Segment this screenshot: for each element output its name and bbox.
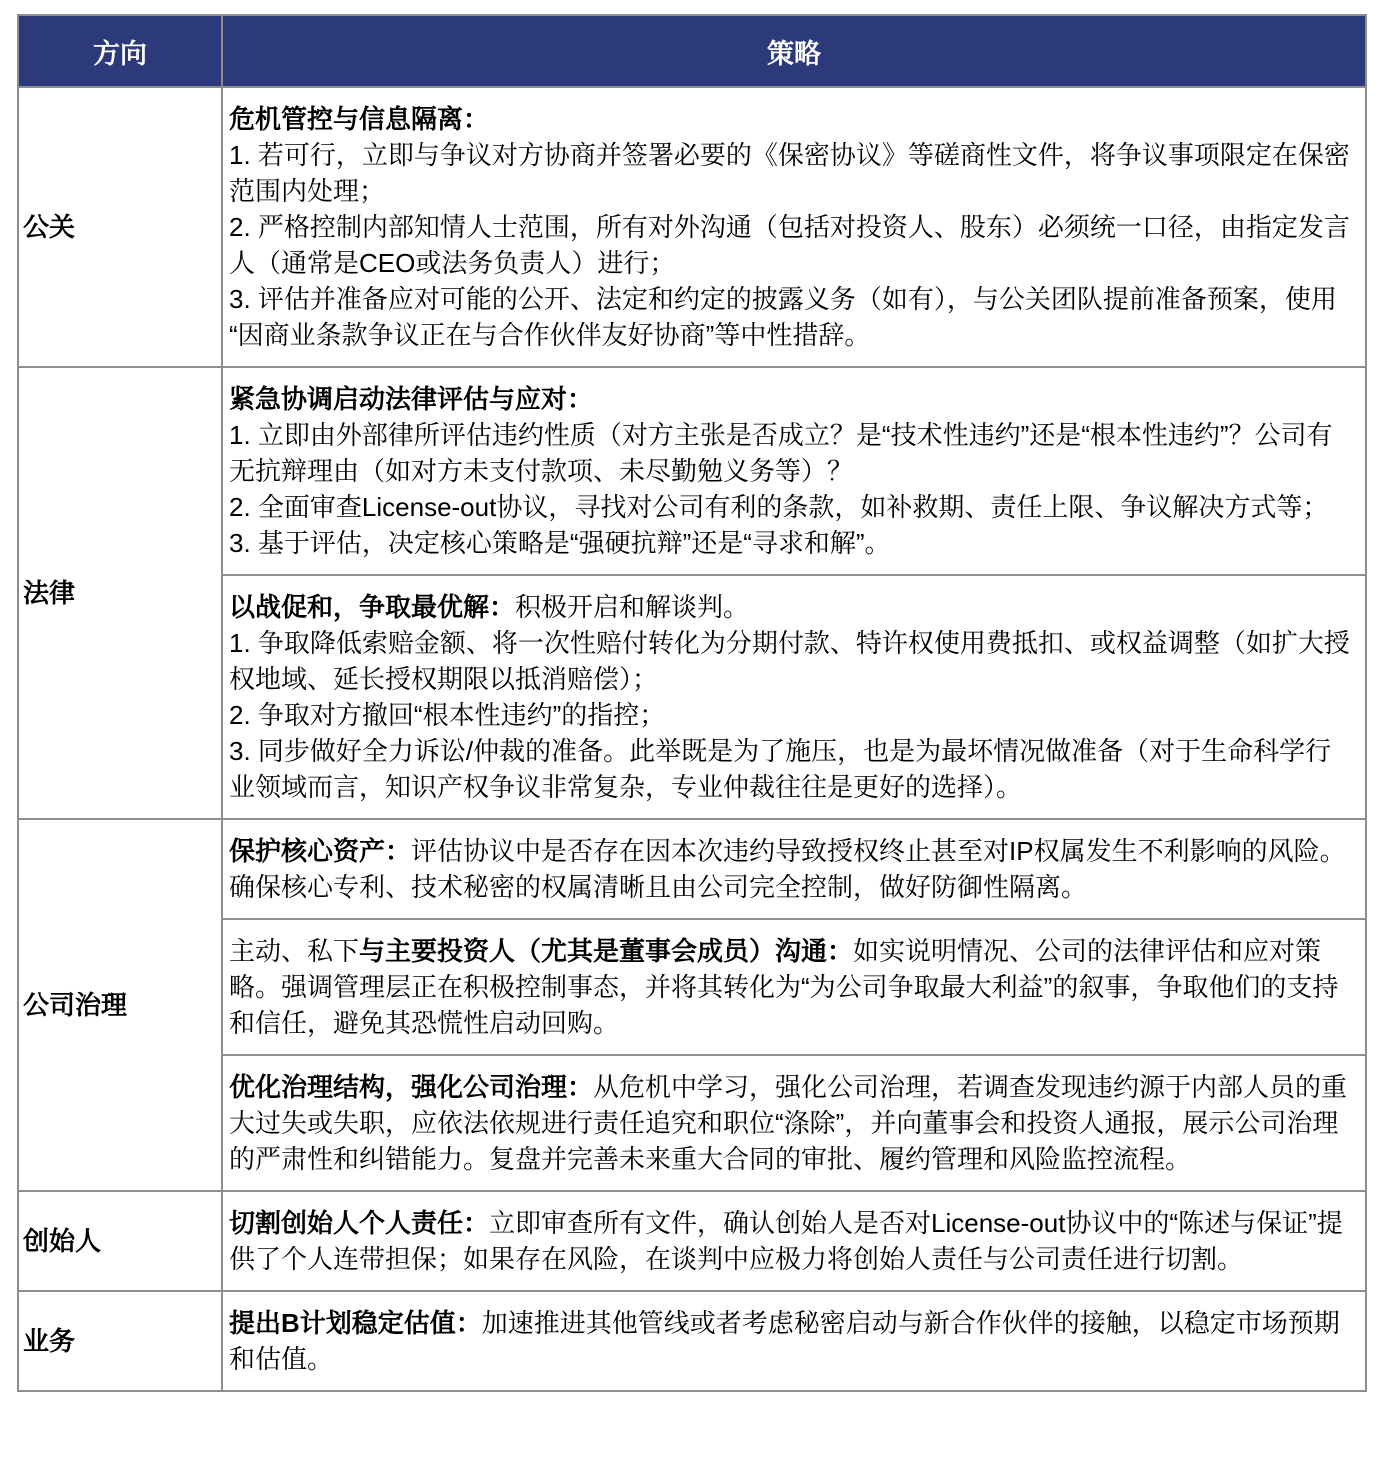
document-page: 方向 策略 公关危机管控与信息隔离：1. 若可行，立即与争议对方协商并签署必要的… [0,0,1382,1406]
strategy-text: 1. 若可行，立即与争议对方协商并签署必要的《保密协议》等磋商性文件，将争议事项… [229,140,1350,206]
strategy-text: 积极开启和解谈判。 [515,592,749,622]
strategy-emphasis-text: 危机管控与信息隔离： [229,104,489,134]
table-row: 法律紧急协调启动法律评估与应对：1. 立即由外部律所评估违约性质（对方主张是否成… [18,367,1366,575]
strategy-line: 保护核心资产：评估协议中是否存在因本次违约导致授权终止甚至对IP权属发生不利影响… [229,833,1355,905]
header-cell-direction: 方向 [18,15,222,87]
strategy-text: 3. 评估并准备应对可能的公开、法定和约定的披露义务（如有），与公关团队提前准备… [229,284,1337,350]
strategy-line: 3. 同步做好全力诉讼/仲裁的准备。此举既是为了施压，也是为最坏情况做准备（对于… [229,733,1355,805]
strategy-line: 切割创始人个人责任：立即审查所有文件，确认创始人是否对License-out协议… [229,1205,1355,1277]
strategy-text: 2. 严格控制内部知情人士范围，所有对外沟通（包括对投资人、股东）必须统一口径，… [229,212,1350,278]
direction-cell: 公司治理 [18,819,222,1191]
strategy-cell: 危机管控与信息隔离：1. 若可行，立即与争议对方协商并签署必要的《保密协议》等磋… [222,87,1366,367]
table-header-row: 方向 策略 [18,15,1366,87]
strategy-text: 1. 争取降低索赔金额、将一次性赔付转化为分期付款、特许权使用费抵扣、或权益调整… [229,628,1350,694]
strategy-line: 1. 争取降低索赔金额、将一次性赔付转化为分期付款、特许权使用费抵扣、或权益调整… [229,625,1355,697]
strategy-cell: 提出B计划稳定估值：加速推进其他管线或者考虑秘密启动与新合作伙伴的接触，以稳定市… [222,1291,1366,1391]
strategy-cell: 切割创始人个人责任：立即审查所有文件，确认创始人是否对License-out协议… [222,1191,1366,1291]
strategy-cell: 紧急协调启动法律评估与应对：1. 立即由外部律所评估违约性质（对方主张是否成立？… [222,367,1366,575]
strategy-line: 提出B计划稳定估值：加速推进其他管线或者考虑秘密启动与新合作伙伴的接触，以稳定市… [229,1305,1355,1377]
strategy-emphasis-text: 优化治理结构，强化公司治理： [229,1072,593,1102]
strategy-cell: 优化治理结构，强化公司治理：从危机中学习，强化公司治理，若调查发现违约源于内部人… [222,1055,1366,1191]
strategy-emphasis-text: 提出B计划稳定估值： [229,1308,482,1338]
strategy-line: 2. 全面审查License-out协议，寻找对公司有利的条款，如补救期、责任上… [229,489,1355,525]
strategy-line: 优化治理结构，强化公司治理：从危机中学习，强化公司治理，若调查发现违约源于内部人… [229,1069,1355,1177]
strategy-emphasis-text: 切割创始人个人责任： [229,1208,489,1238]
strategy-text: 主动、私下 [229,936,359,966]
strategy-cell: 主动、私下与主要投资人（尤其是董事会成员）沟通：如实说明情况、公司的法律评估和应… [222,919,1366,1055]
strategy-line: 1. 若可行，立即与争议对方协商并签署必要的《保密协议》等磋商性文件，将争议事项… [229,137,1355,209]
strategy-line: 3. 基于评估，决定核心策略是“强硬抗辩”还是“寻求和解”。 [229,525,1355,561]
strategy-cell: 以战促和，争取最优解：积极开启和解谈判。1. 争取降低索赔金额、将一次性赔付转化… [222,575,1366,819]
table-row: 业务提出B计划稳定估值：加速推进其他管线或者考虑秘密启动与新合作伙伴的接触，以稳… [18,1291,1366,1391]
direction-cell: 公关 [18,87,222,367]
strategy-emphasis-text: 与主要投资人（尤其是董事会成员）沟通： [359,936,853,966]
strategy-line: 1. 立即由外部律所评估违约性质（对方主张是否成立？是“技术性违约”还是“根本性… [229,417,1355,489]
table-row: 公司治理保护核心资产：评估协议中是否存在因本次违约导致授权终止甚至对IP权属发生… [18,819,1366,919]
strategy-table: 方向 策略 公关危机管控与信息隔离：1. 若可行，立即与争议对方协商并签署必要的… [17,14,1367,1392]
direction-cell: 创始人 [18,1191,222,1291]
strategy-line: 紧急协调启动法律评估与应对： [229,381,1355,417]
table-row: 公关危机管控与信息隔离：1. 若可行，立即与争议对方协商并签署必要的《保密协议》… [18,87,1366,367]
strategy-line: 危机管控与信息隔离： [229,101,1355,137]
strategy-line: 以战促和，争取最优解：积极开启和解谈判。 [229,589,1355,625]
strategy-cell: 保护核心资产：评估协议中是否存在因本次违约导致授权终止甚至对IP权属发生不利影响… [222,819,1366,919]
strategy-line: 2. 争取对方撤回“根本性违约”的指控； [229,697,1355,733]
direction-cell: 业务 [18,1291,222,1391]
direction-cell: 法律 [18,367,222,819]
table-row: 创始人切割创始人个人责任：立即审查所有文件，确认创始人是否对License-ou… [18,1191,1366,1291]
strategy-text: 2. 争取对方撤回“根本性违约”的指控； [229,700,665,730]
table-body: 公关危机管控与信息隔离：1. 若可行，立即与争议对方协商并签署必要的《保密协议》… [18,87,1366,1391]
strategy-emphasis-text: 以战促和，争取最优解： [229,592,515,622]
header-cell-strategy: 策略 [222,15,1366,87]
strategy-line: 2. 严格控制内部知情人士范围，所有对外沟通（包括对投资人、股东）必须统一口径，… [229,209,1355,281]
strategy-line: 3. 评估并准备应对可能的公开、法定和约定的披露义务（如有），与公关团队提前准备… [229,281,1355,353]
strategy-text: 3. 基于评估，决定核心策略是“强硬抗辩”还是“寻求和解”。 [229,528,891,558]
strategy-emphasis-text: 紧急协调启动法律评估与应对： [229,384,593,414]
strategy-line: 主动、私下与主要投资人（尤其是董事会成员）沟通：如实说明情况、公司的法律评估和应… [229,933,1355,1041]
strategy-emphasis-text: 保护核心资产： [229,836,411,866]
strategy-text: 2. 全面审查License-out协议，寻找对公司有利的条款，如补救期、责任上… [229,492,1328,522]
strategy-text: 3. 同步做好全力诉讼/仲裁的准备。此举既是为了施压，也是为最坏情况做准备（对于… [229,736,1331,802]
strategy-text: 1. 立即由外部律所评估违约性质（对方主张是否成立？是“技术性违约”还是“根本性… [229,420,1333,486]
